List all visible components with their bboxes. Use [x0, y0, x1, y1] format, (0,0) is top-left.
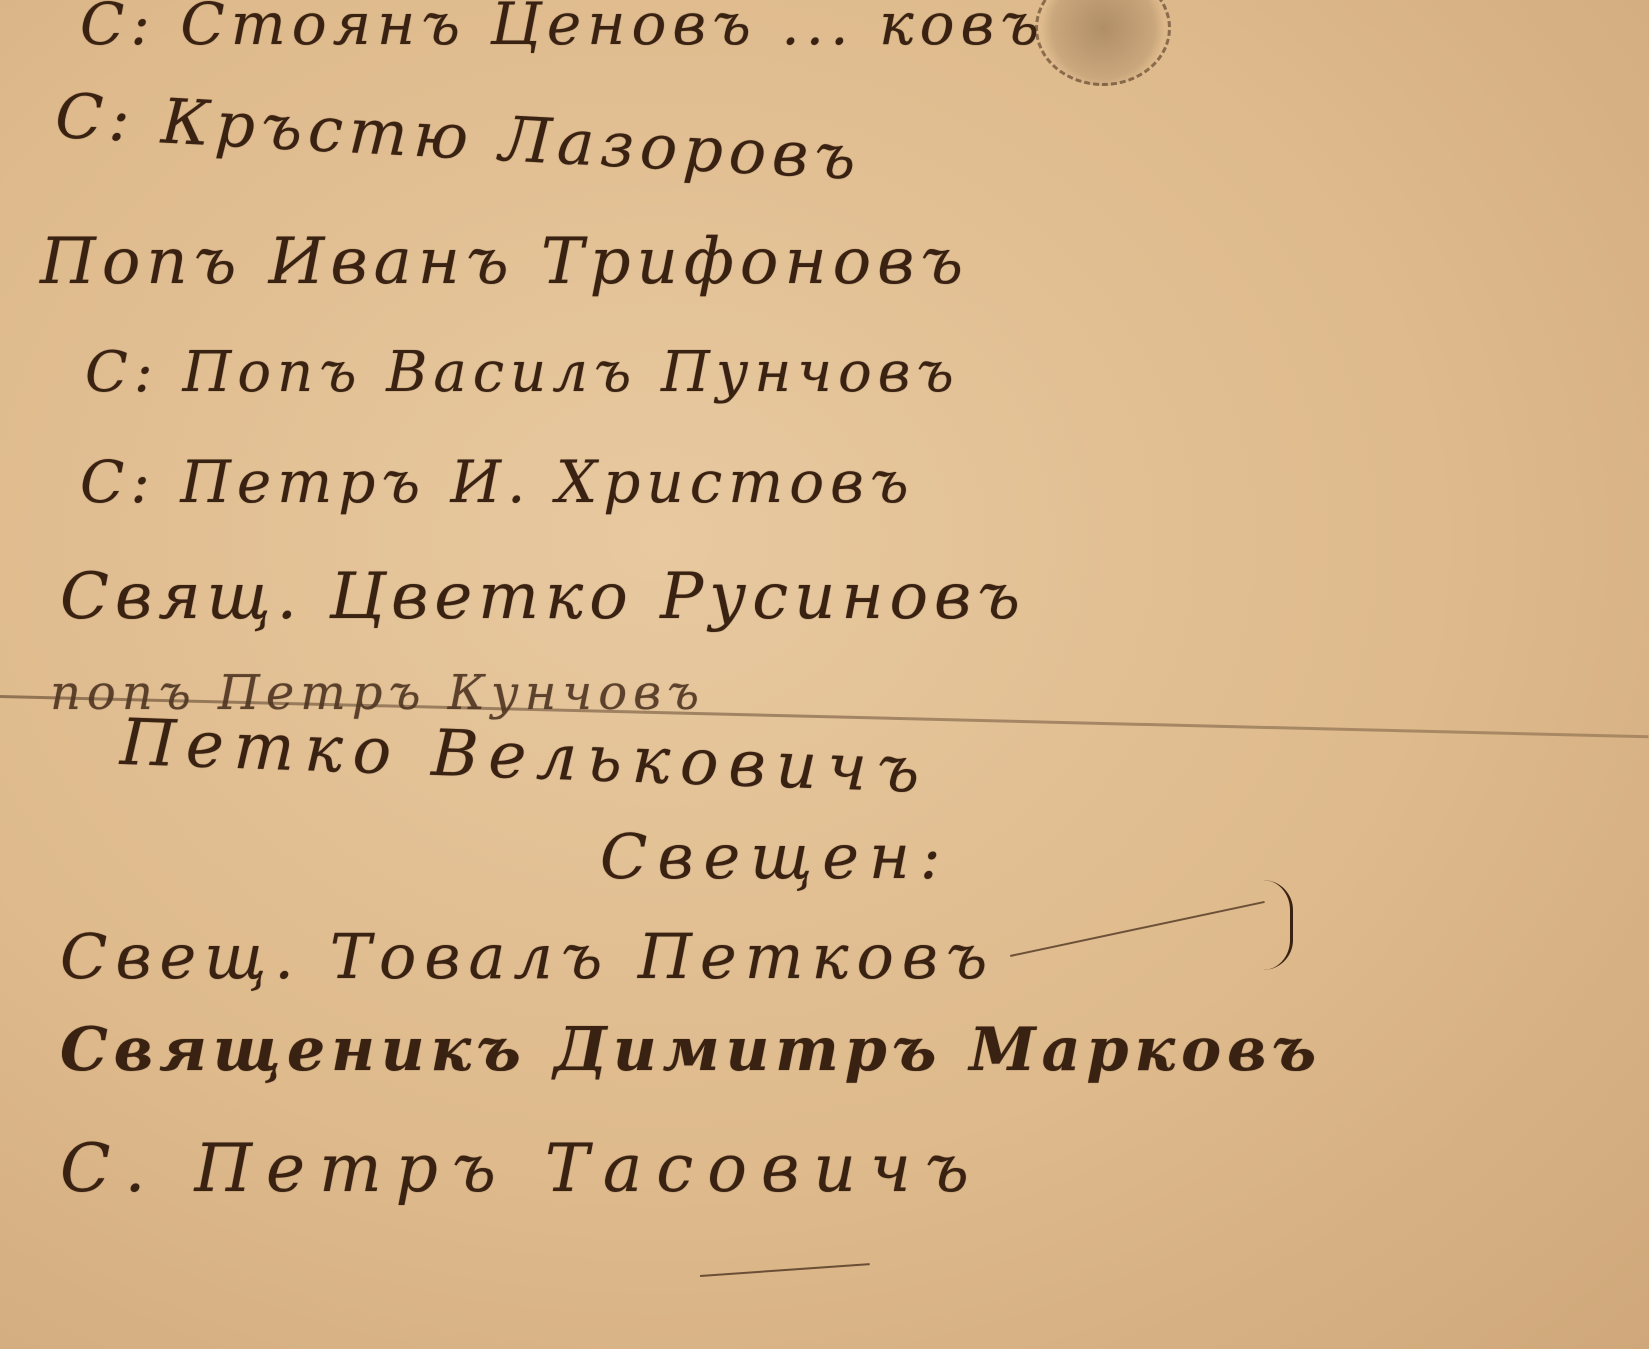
signature-line-2: С: Кръстю Лазоровъ [54, 79, 864, 194]
signature-line-5: С: Петръ И. Христовъ [80, 448, 915, 516]
signature-line-8: Петко Вельковичъ [119, 706, 931, 808]
signature-line-9: Свещен: [600, 820, 951, 893]
signature-line-1: С: Стоянъ Ценовъ ... ковъ [80, 0, 1045, 58]
ink-seal-icon [1035, 0, 1171, 86]
brace-mark [1250, 880, 1293, 970]
signature-line-12: С. Петръ Тасовичъ [60, 1130, 983, 1207]
flourish-stroke-bottom [700, 1263, 870, 1277]
handwritten-document-page: С: Стоянъ Ценовъ ... ковъ С: Кръстю Лазо… [0, 0, 1649, 1349]
signature-line-11: Священикъ Димитръ Марковъ [60, 1015, 1322, 1085]
signature-line-6: Свящ. Цветко Русиновъ [60, 560, 1026, 634]
signature-line-10: Свещ. Товалъ Петковъ [60, 920, 995, 993]
flourish-stroke [1010, 901, 1265, 957]
signature-line-4: С: Попъ Василъ Пунчовъ [85, 340, 960, 405]
signature-line-3: Попъ Иванъ Трифоновъ [40, 225, 969, 299]
